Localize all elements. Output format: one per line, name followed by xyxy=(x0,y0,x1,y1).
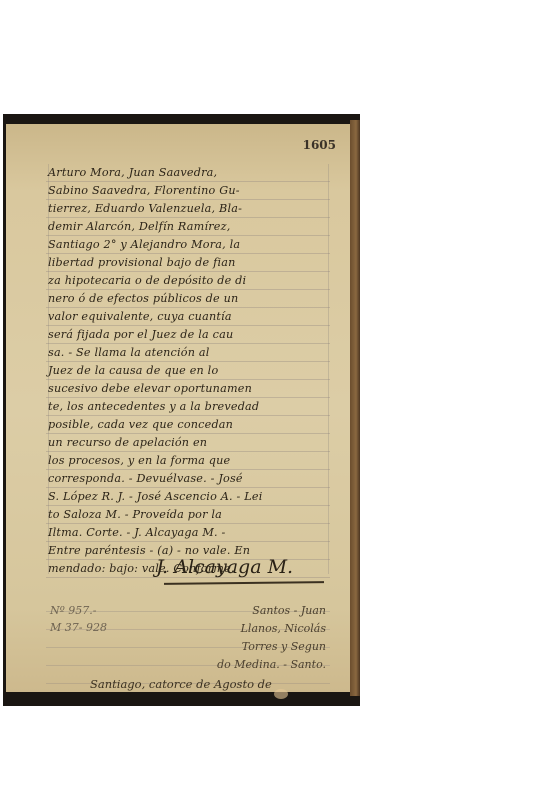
ledger-page: 1605 Arturo Mora, Juan Saavedra, Sabino … xyxy=(6,124,350,692)
witness-line: Llanos, Nicolás xyxy=(217,620,326,638)
text-line: será fijada por el Juez de la cau xyxy=(46,326,330,344)
text-line: te, los antecedentes y a la brevedad xyxy=(46,398,330,416)
text-line: tierrez, Eduardo Valenzuela, Bla- xyxy=(46,200,330,218)
text-line: to Saloza M. - Proveída por la xyxy=(46,506,330,524)
text-line: posible, cada vez que concedan xyxy=(46,416,330,434)
book-spine-edge xyxy=(350,120,360,696)
text-line: za hipotecaria o de depósito de di xyxy=(46,272,330,290)
text-line: libertad provisional bajo de fian xyxy=(46,254,330,272)
margin-note: Nº 957.- xyxy=(50,602,107,619)
text-line: un recurso de apelación en xyxy=(46,434,330,452)
text-line: S. López R. J. - José Ascencio A. - Lei xyxy=(46,488,330,506)
text-line: Iltma. Corte. - J. Alcayaga M. - xyxy=(46,524,330,542)
text-line: Arturo Mora, Juan Saavedra, xyxy=(46,164,330,182)
text-line: corresponda. - Devuélvase. - José xyxy=(46,470,330,488)
scanned-page: 1605 Arturo Mora, Juan Saavedra, Sabino … xyxy=(3,114,360,706)
text-line: los procesos, y en la forma que xyxy=(46,452,330,470)
margin-notes: Nº 957.- M 37- 928 xyxy=(50,602,107,636)
text-line: Sabino Saavedra, Florentino Gu- xyxy=(46,182,330,200)
text-line: Juez de la causa de que en lo xyxy=(46,362,330,380)
text-line: sa. - Se llama la atención al xyxy=(46,344,330,362)
text-line: sucesivo debe elevar oportunamen xyxy=(46,380,330,398)
signature: J. Alcayaga M. xyxy=(156,556,293,578)
paper-stain xyxy=(274,689,288,699)
margin-note: M 37- 928 xyxy=(50,619,107,636)
witness-line: do Medina. - Santo. xyxy=(217,656,326,674)
witness-line: Santos - Juan xyxy=(217,602,326,620)
handwritten-body: Arturo Mora, Juan Saavedra, Sabino Saave… xyxy=(46,164,330,578)
signature-flourish xyxy=(164,581,324,584)
text-line: valor equivalente, cuya cuantía xyxy=(46,308,330,326)
text-line: Santiago 2° y Alejandro Mora, la xyxy=(46,236,330,254)
witness-names: Santos - Juan Llanos, Nicolás Torres y S… xyxy=(217,602,326,674)
text-line: nero ó de efectos públicos de un xyxy=(46,290,330,308)
closing-line: Santiago, catorce de Agosto de xyxy=(90,677,272,691)
witness-line: Torres y Segun xyxy=(217,638,326,656)
folio-number: 1605 xyxy=(303,138,336,152)
text-line: demir Alarcón, Delfín Ramírez, xyxy=(46,218,330,236)
